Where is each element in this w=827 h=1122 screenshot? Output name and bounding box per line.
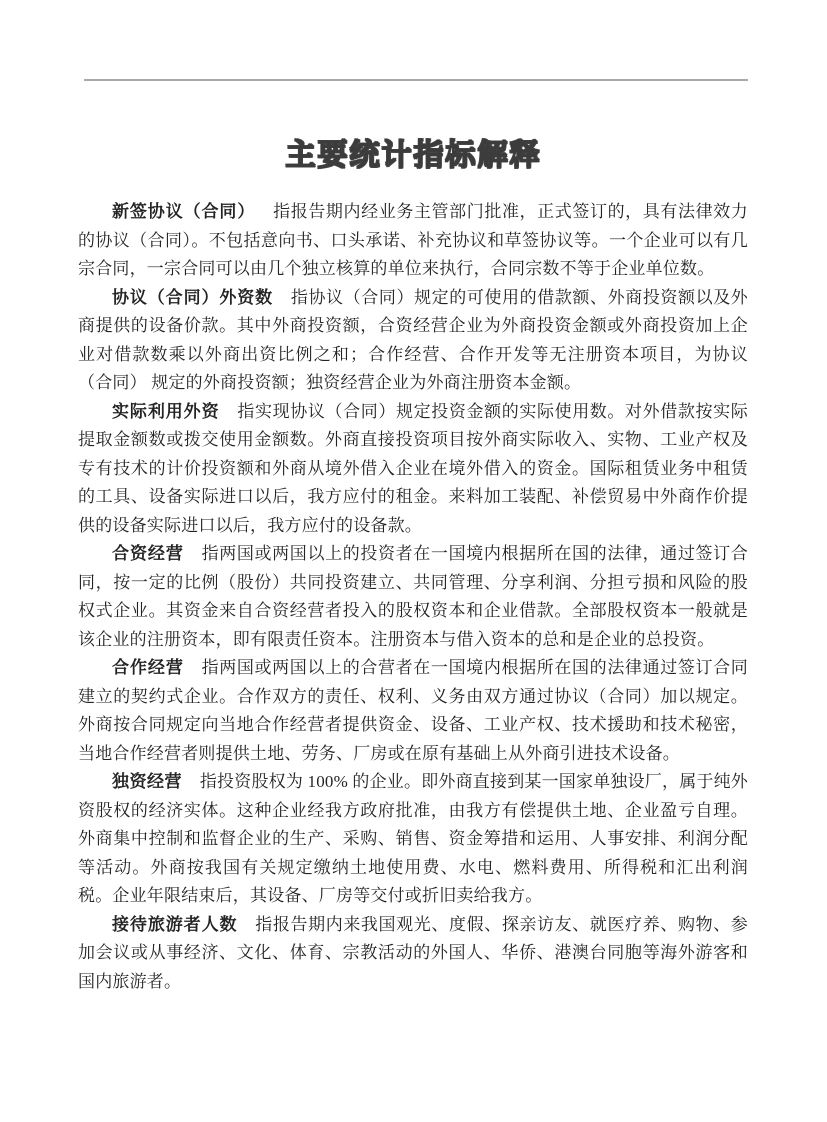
definition-paragraph: 独资经营指投资股权为 100% 的企业。即外商直接到某一国家单独设厂，属于纯外资…	[78, 768, 748, 911]
page-title: 主要统计指标解释	[0, 130, 827, 174]
paragraph-list: 新签协议（合同）指报告期内经业务主管部门批准，正式签订的，具有法律效力的协议（合…	[78, 198, 748, 996]
definition-paragraph: 合作经营指两国或两国以上的合营者在一国境内根据所在国的法律通过签订合同建立的契约…	[78, 654, 748, 768]
definition-paragraph: 新签协议（合同）指报告期内经业务主管部门批准，正式签订的，具有法律效力的协议（合…	[78, 198, 748, 284]
term-label: 实际利用外资	[112, 402, 237, 421]
term-label: 合作经营	[112, 658, 202, 677]
header-rule	[84, 79, 748, 81]
term-label: 独资经营	[112, 772, 200, 791]
definition-paragraph: 协议（合同）外资数指协议（合同）规定的可使用的借款额、外商投资额以及外商提供的设…	[78, 284, 748, 398]
definition-text: 指实现协议（合同）规定投资金额的实际使用数。对外借款按实际提取金额数或拨交使用金…	[78, 402, 748, 535]
term-label: 协议（合同）外资数	[112, 288, 291, 307]
definition-paragraph: 接待旅游者人数指报告期内来我国观光、度假、探亲访友、就医疗养、购物、参加会议或从…	[78, 911, 748, 997]
term-label: 合资经营	[112, 544, 202, 563]
definition-paragraph: 实际利用外资指实现协议（合同）规定投资金额的实际使用数。对外借款按实际提取金额数…	[78, 398, 748, 541]
term-label: 接待旅游者人数	[112, 915, 255, 934]
definition-text: 指投资股权为 100% 的企业。即外商直接到某一国家单独设厂，属于纯外资股权的经…	[78, 772, 748, 905]
document-page: 主要统计指标解释 新签协议（合同）指报告期内经业务主管部门批准，正式签订的，具有…	[0, 0, 827, 1122]
definition-paragraph: 合资经营指两国或两国以上的投资者在一国境内根据所在国的法律，通过签订合同，按一定…	[78, 540, 748, 654]
term-label: 新签协议（合同）	[112, 202, 273, 221]
